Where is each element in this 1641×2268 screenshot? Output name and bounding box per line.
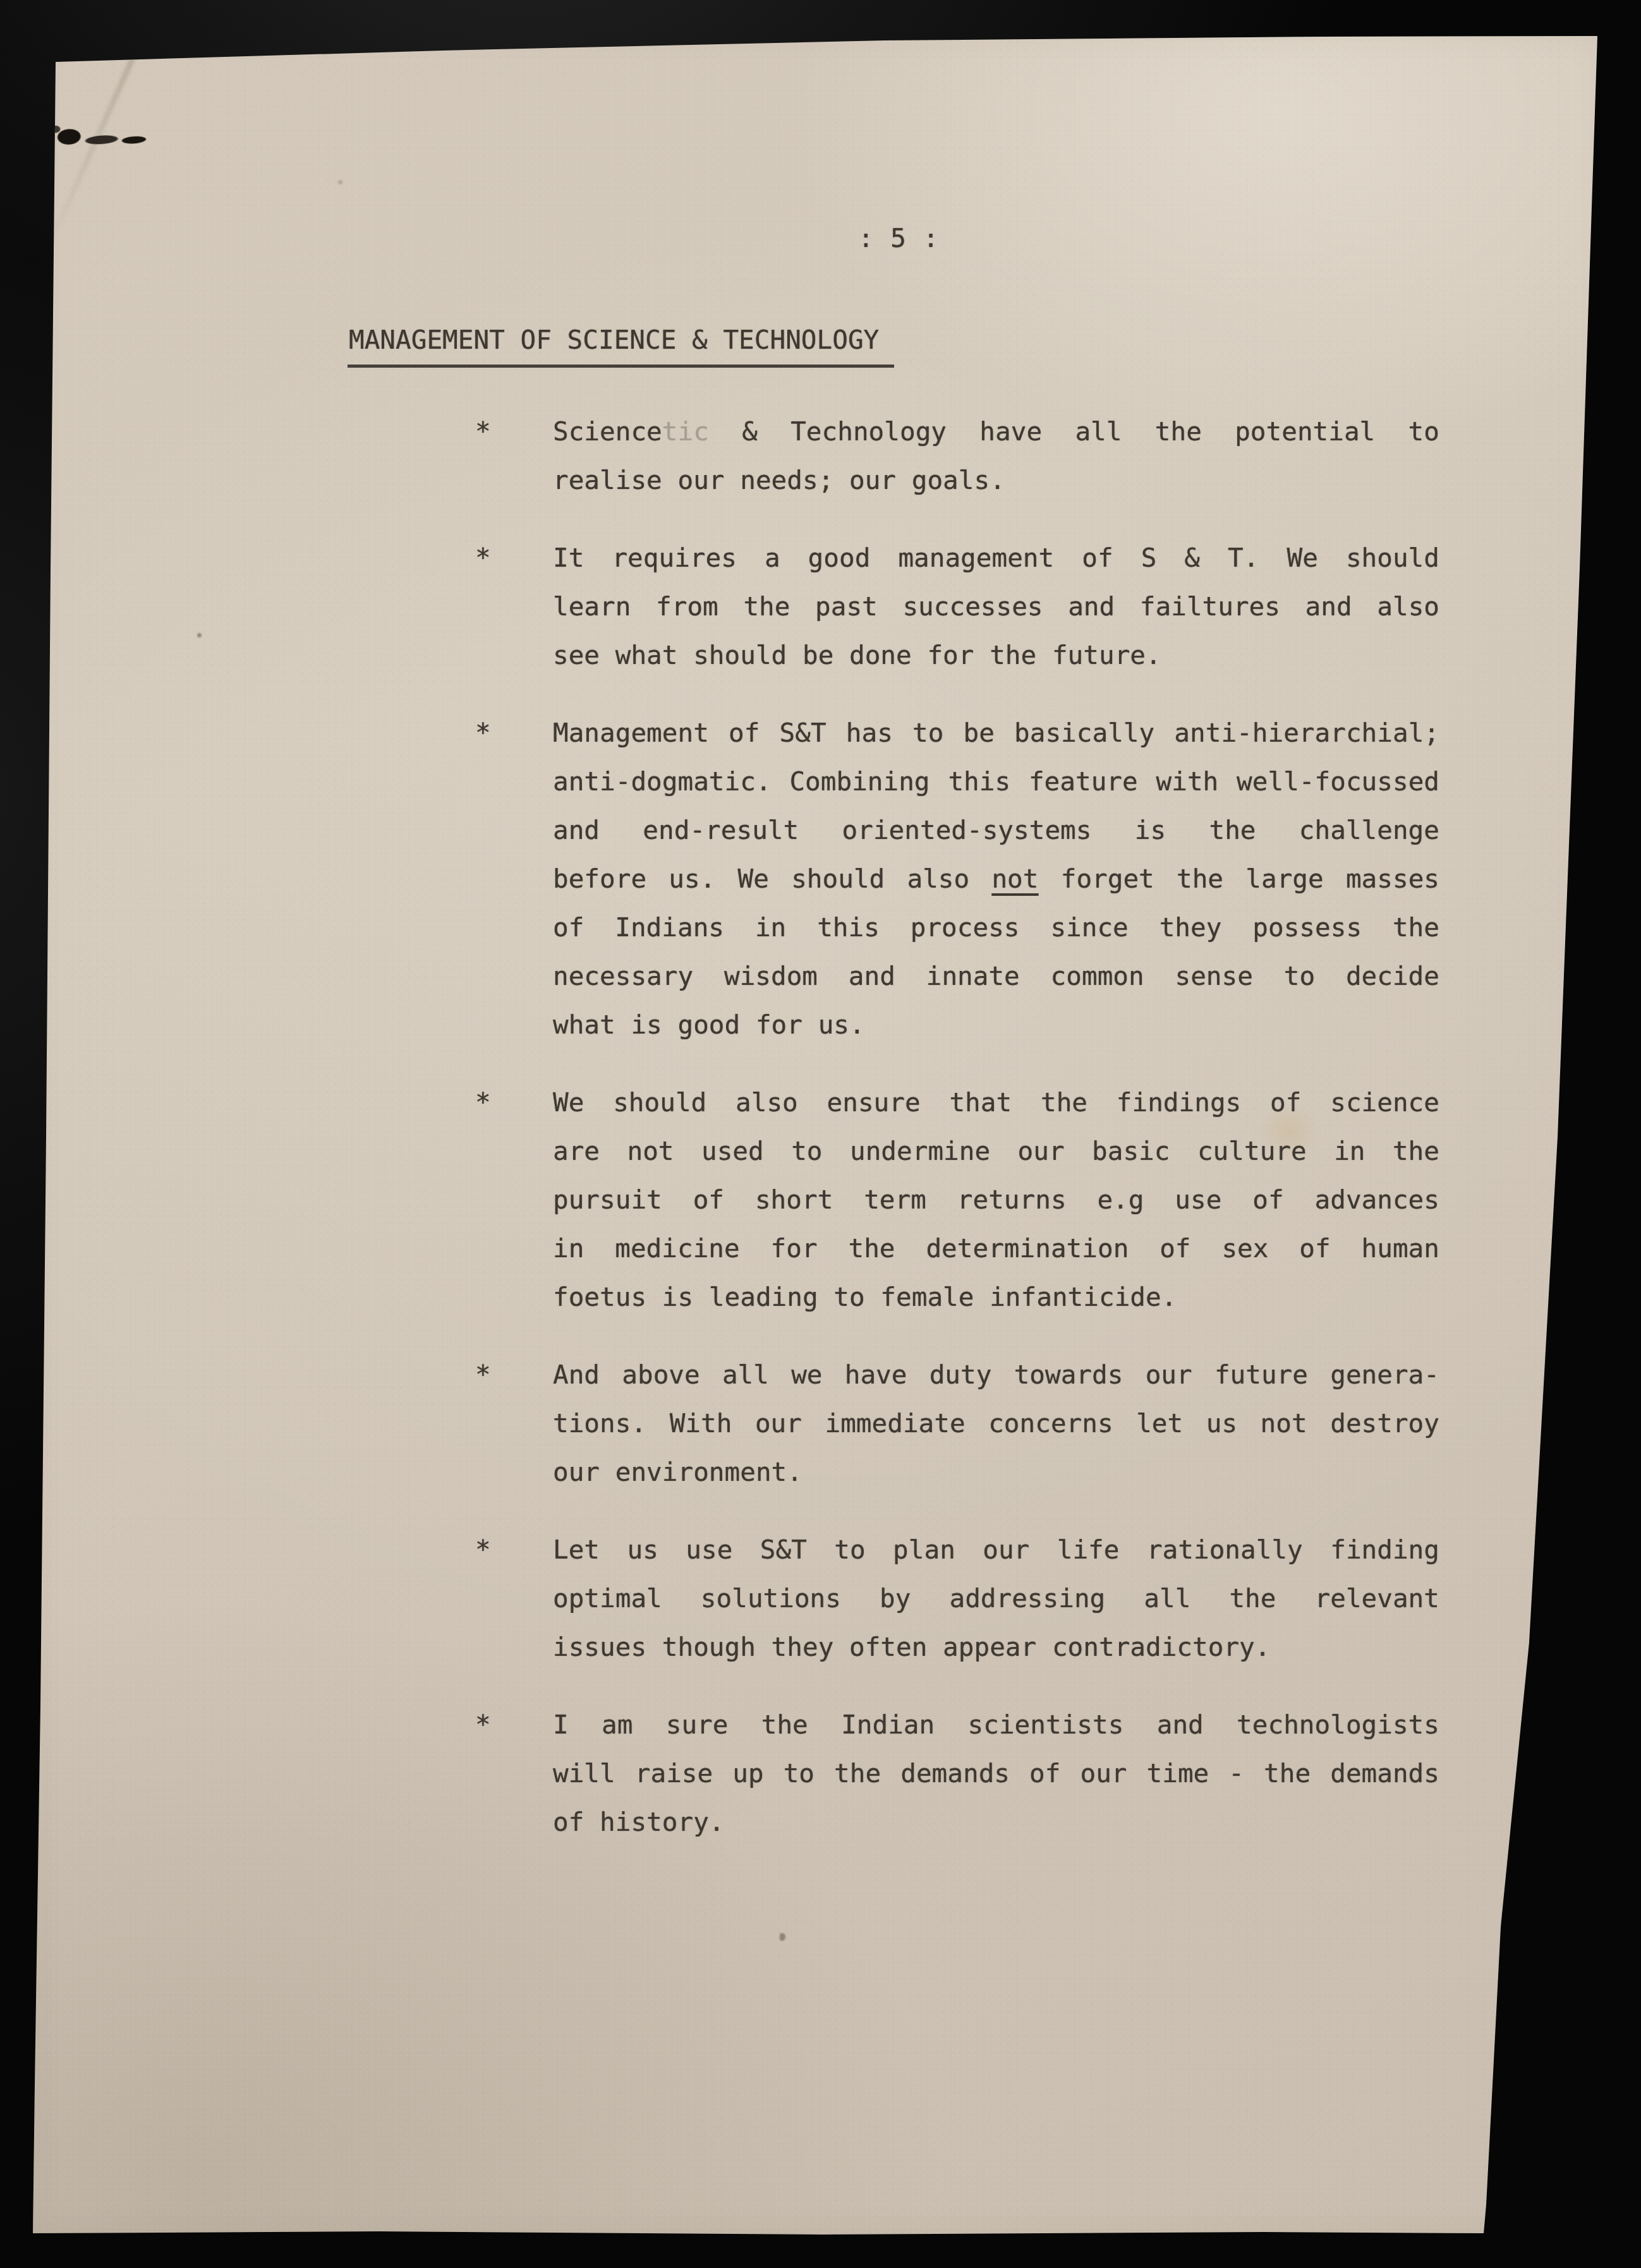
erased-text: tic — [662, 416, 709, 447]
bullet-text: Sciencetic & Technology have all the pot… — [553, 407, 1439, 505]
paper-speck — [780, 1933, 785, 1941]
document-page: : 5 : MANAGEMENT OF SCIENCE & TECHNOLOGY… — [0, 0, 1641, 2268]
bullet-marker: * — [475, 1078, 553, 1127]
underlined-word: not — [991, 864, 1038, 894]
bullet-marker: * — [475, 407, 553, 456]
bullet-marker: * — [475, 1526, 553, 1574]
bullet-text: We should also ensure that the findings … — [553, 1078, 1439, 1322]
bullet-item: *It requires a good management of S & T.… — [475, 534, 1439, 680]
bullet-text: I am sure the Indian scientists and tech… — [553, 1701, 1439, 1847]
bullet-item: *Sciencetic & Technology have all the po… — [475, 407, 1439, 505]
bullet-marker: * — [475, 1701, 553, 1749]
bullet-text: Let us use S&T to plan our life rational… — [553, 1526, 1439, 1672]
bullet-item: *And above all we have duty towards our … — [475, 1351, 1439, 1497]
bullet-item: *Let us use S&T to plan our life rationa… — [475, 1526, 1439, 1672]
bullet-text: And above all we have duty towards our f… — [553, 1351, 1439, 1497]
bullet-list: *Sciencetic & Technology have all the po… — [475, 407, 1439, 1876]
bullet-marker: * — [475, 709, 553, 757]
bullet-text: It requires a good management of S & T. … — [553, 534, 1439, 680]
bullet-marker: * — [475, 534, 553, 582]
bullet-item: *I am sure the Indian scientists and tec… — [475, 1701, 1439, 1847]
bullet-item: *Management of S&T has to be basically a… — [475, 709, 1439, 1049]
paper-speck — [197, 633, 202, 637]
bullet-marker: * — [475, 1351, 553, 1399]
paper-speck — [338, 180, 342, 184]
page-number: : 5 : — [858, 222, 939, 254]
bullet-item: *We should also ensure that the findings… — [475, 1078, 1439, 1322]
page-title: MANAGEMENT OF SCIENCE & TECHNOLOGY — [348, 323, 894, 368]
bullet-text: Management of S&T has to be basically an… — [553, 709, 1439, 1049]
staple-tear-mark — [51, 109, 148, 156]
